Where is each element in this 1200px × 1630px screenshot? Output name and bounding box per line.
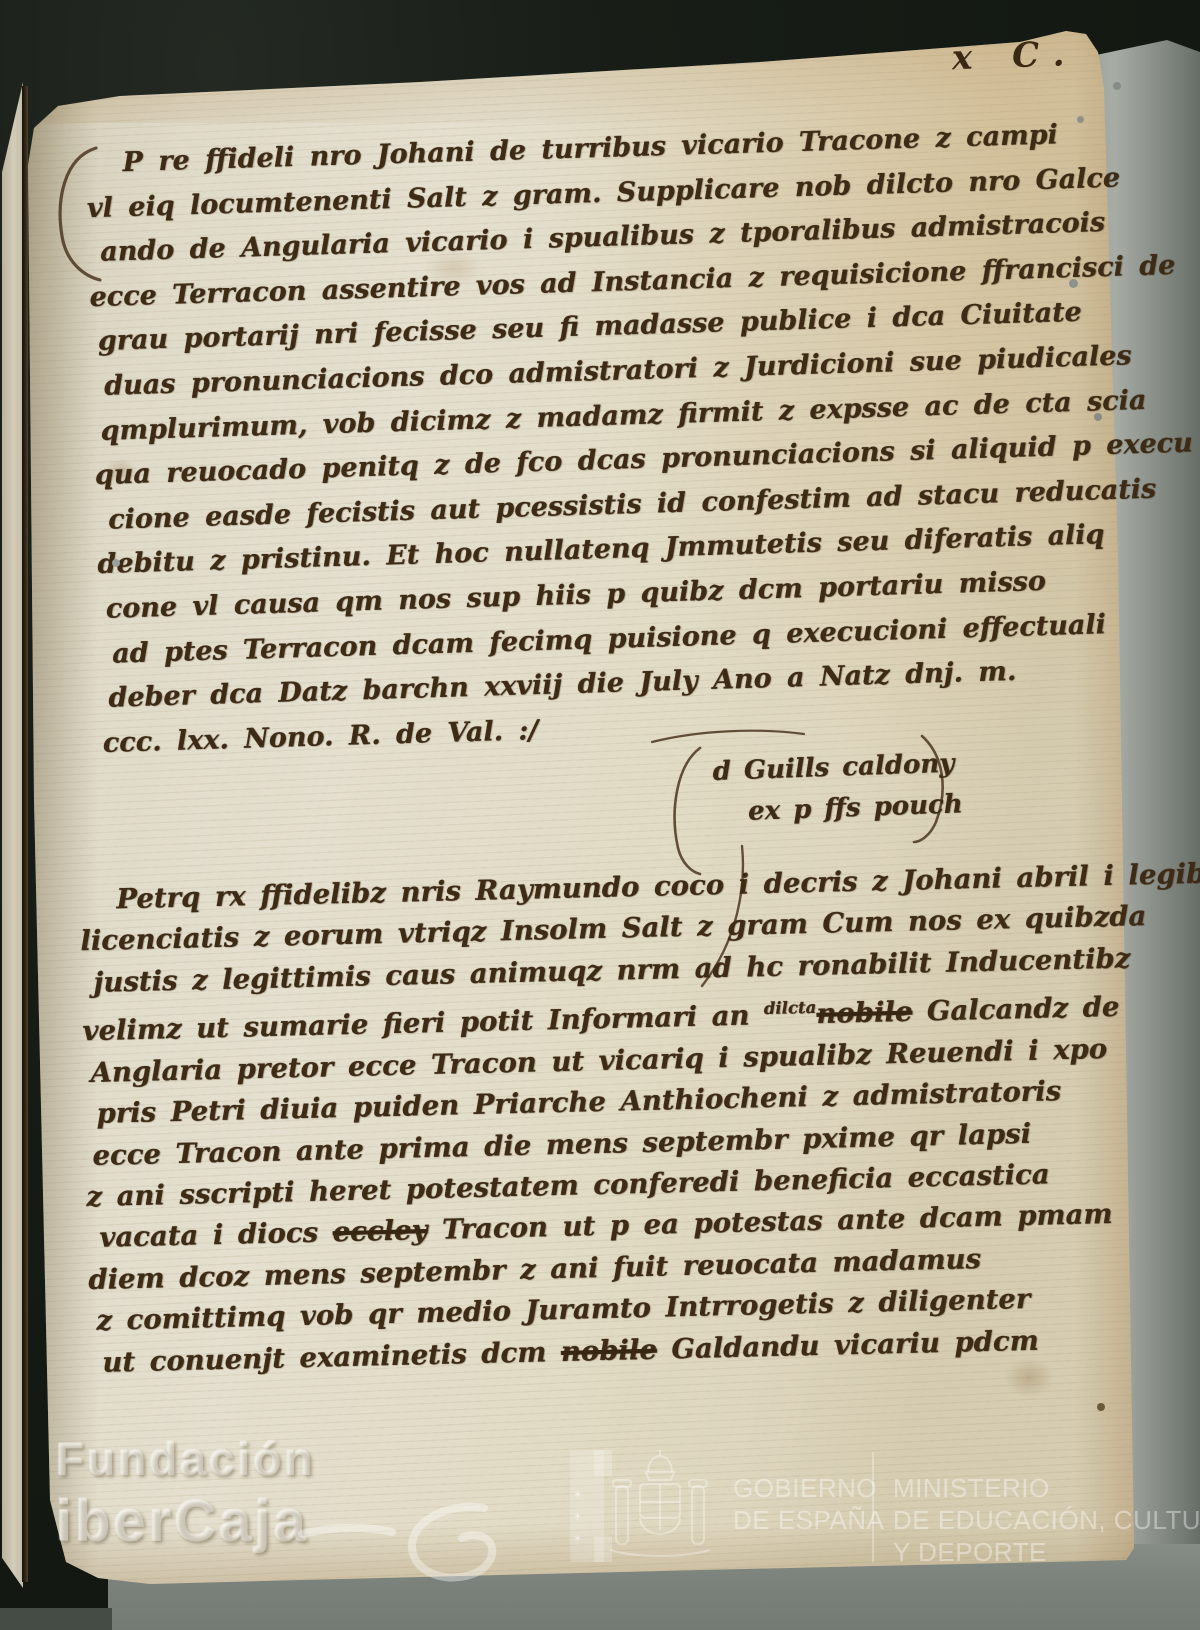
wormhole — [112, 559, 120, 567]
manuscript-segment-strike: nobile — [816, 996, 913, 1030]
scanned-manuscript-view: x C. P re ffideli nro Johani de turribus… — [0, 0, 1200, 1630]
manuscript-segment: ut conuenjt examinetis dcm — [102, 1336, 561, 1379]
manuscript-segment: d Guills caldony — [712, 749, 955, 787]
manuscript-segment: ex p ffs pouch — [748, 789, 964, 826]
wormhole — [1094, 413, 1102, 421]
latin-text-block-2: Petrq rx ffidelibz nris Raymundo coco i … — [86, 857, 1058, 1384]
binding-gutter — [22, 86, 28, 1582]
manuscript-line: ex p ffs pouch — [747, 784, 963, 832]
ink-spot — [1097, 1403, 1105, 1411]
manuscript-segment-strike: eccley — [332, 1214, 428, 1248]
scanner-bed-corner-strip — [0, 1608, 112, 1630]
wormhole — [1113, 82, 1121, 90]
manuscript-segment-strike: nobile — [561, 1333, 658, 1367]
latin-text-block-1: P re ffideli nro Johani de turribus vica… — [92, 114, 1060, 766]
manuscript-segment: Galcandz de — [912, 991, 1120, 1028]
manuscript-segment-sup: dilcta — [764, 998, 817, 1018]
folio-mark: x C. — [951, 34, 1079, 78]
manuscript-segment: ccc. lxx. Nono. R. de Val. :/ — [102, 715, 538, 759]
facing-page-edge — [2, 82, 23, 1588]
wormhole — [1069, 279, 1078, 288]
chancery-signature: d Guills caldonyex p ffs pouch — [712, 743, 963, 834]
wormhole — [1077, 116, 1084, 123]
manuscript-segment: Galdandu vicariu pdcm — [656, 1324, 1039, 1365]
manuscript-segment: vacata i diocs — [99, 1217, 333, 1254]
